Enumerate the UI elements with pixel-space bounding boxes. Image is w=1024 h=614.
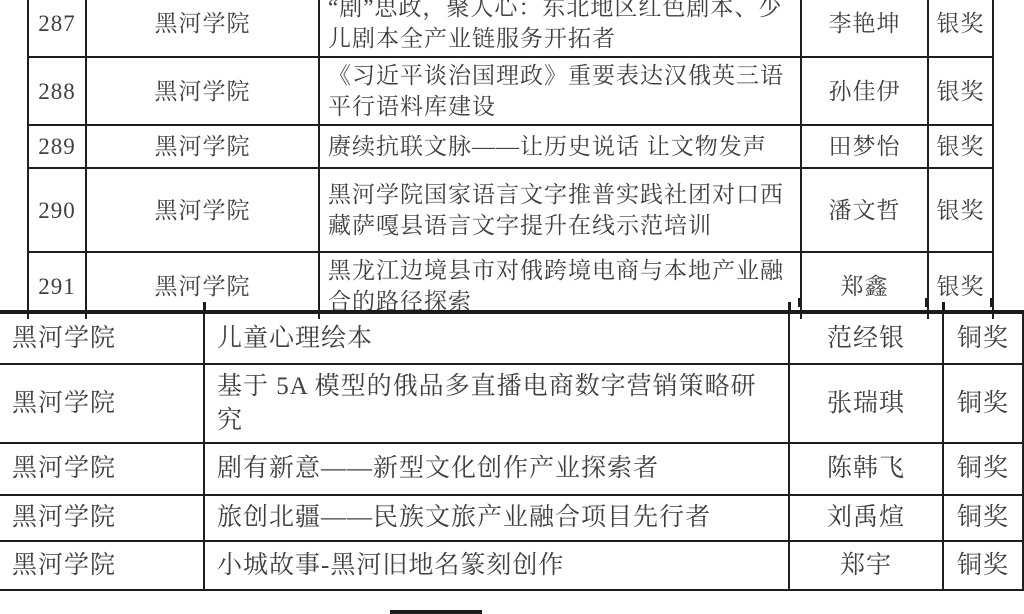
person-name: 刘禹煊 [789,495,943,541]
person-name: 潘文哲 [801,168,928,252]
school-name: 黑河学院 [0,495,204,541]
table-row: 290 黑河学院 黑河学院国家语言文字推普实践社团对口西藏萨嘎县语言文字提升在线… [28,168,993,252]
person-name: 陈韩飞 [789,443,943,495]
row-number: 289 [28,125,86,168]
project-title: 旅创北疆——民族文旅产业融合项目先行者 [204,495,789,541]
person-name: 张瑞琪 [789,364,943,443]
row-number: 290 [28,168,86,252]
school-name: 黑河学院 [86,0,319,57]
project-title: 小城故事-黑河旧地名篆刻创作 [204,541,789,590]
award-level: 铜奖 [943,312,1023,364]
person-name: 李艳坤 [801,0,928,57]
table-row: 288 黑河学院 《习近平谈治国理政》重要表达汉俄英三语平行语料库建设 孙佳伊 … [28,57,993,125]
border-stub [990,298,992,307]
project-title: 剧有新意——新型文化创作产业探索者 [204,443,789,495]
award-level: 铜奖 [943,443,1023,495]
school-name: 黑河学院 [0,541,204,590]
table-row: 黑河学院 剧有新意——新型文化创作产业探索者 陈韩飞 铜奖 [0,443,1023,495]
person-name: 郑宇 [789,541,943,590]
table-row: 黑河学院 儿童心理绘本 范经银 铜奖 [0,312,1023,364]
silver-award-table: 287 黑河学院 “剧”思政，聚人心：东北地区红色剧本、少儿剧本全产业链服务开拓… [27,0,994,319]
table-row: 黑河学院 旅创北疆——民族文旅产业融合项目先行者 刘禹煊 铜奖 [0,495,1023,541]
award-level: 银奖 [928,57,993,125]
row-number: 288 [28,57,86,125]
school-name: 黑河学院 [86,57,319,125]
scanned-award-document: 287 黑河学院 “剧”思政，聚人心：东北地区红色剧本、少儿剧本全产业链服务开拓… [0,0,1024,614]
next-table-fragment [390,610,482,614]
person-name: 田梦怡 [801,125,928,168]
border-stub [27,298,29,307]
project-title: 儿童心理绘本 [204,312,789,364]
school-name: 黑河学院 [0,312,204,364]
school-name: 黑河学院 [86,168,319,252]
project-title: “剧”思政，聚人心：东北地区红色剧本、少儿剧本全产业链服务开拓者 [319,0,801,57]
project-title: 基于 5A 模型的俄品多直播电商数字营销策略研究 [204,364,789,443]
bronze-award-table: 黑河学院 儿童心理绘本 范经银 铜奖 黑河学院 基于 5A 模型的俄品多直播电商… [0,310,1024,591]
award-level: 铜奖 [943,541,1023,590]
person-name: 孙佳伊 [801,57,928,125]
award-level: 铜奖 [943,495,1023,541]
school-name: 黑河学院 [0,443,204,495]
border-stub [798,298,800,307]
award-level: 铜奖 [943,364,1023,443]
award-level: 银奖 [928,168,993,252]
project-title: 《习近平谈治国理政》重要表达汉俄英三语平行语料库建设 [319,57,801,125]
project-title: 赓续抗联文脉——让历史说话 让文物发声 [319,125,801,168]
border-stub [85,298,87,307]
table-row: 289 黑河学院 赓续抗联文脉——让历史说话 让文物发声 田梦怡 银奖 [28,125,993,168]
school-name: 黑河学院 [86,125,319,168]
award-level: 银奖 [928,125,993,168]
table-row: 黑河学院 基于 5A 模型的俄品多直播电商数字营销策略研究 张瑞琪 铜奖 [0,364,1023,443]
award-level: 银奖 [928,0,993,57]
table-row: 黑河学院 小城故事-黑河旧地名篆刻创作 郑宇 铜奖 [0,541,1023,590]
person-name: 范经银 [789,312,943,364]
school-name: 黑河学院 [0,364,204,443]
border-stub [318,298,320,307]
table-row: 287 黑河学院 “剧”思政，聚人心：东北地区红色剧本、少儿剧本全产业链服务开拓… [28,0,993,57]
project-title: 黑河学院国家语言文字推普实践社团对口西藏萨嘎县语言文字提升在线示范培训 [319,168,801,252]
border-stub [925,298,927,307]
row-number: 287 [28,0,86,57]
